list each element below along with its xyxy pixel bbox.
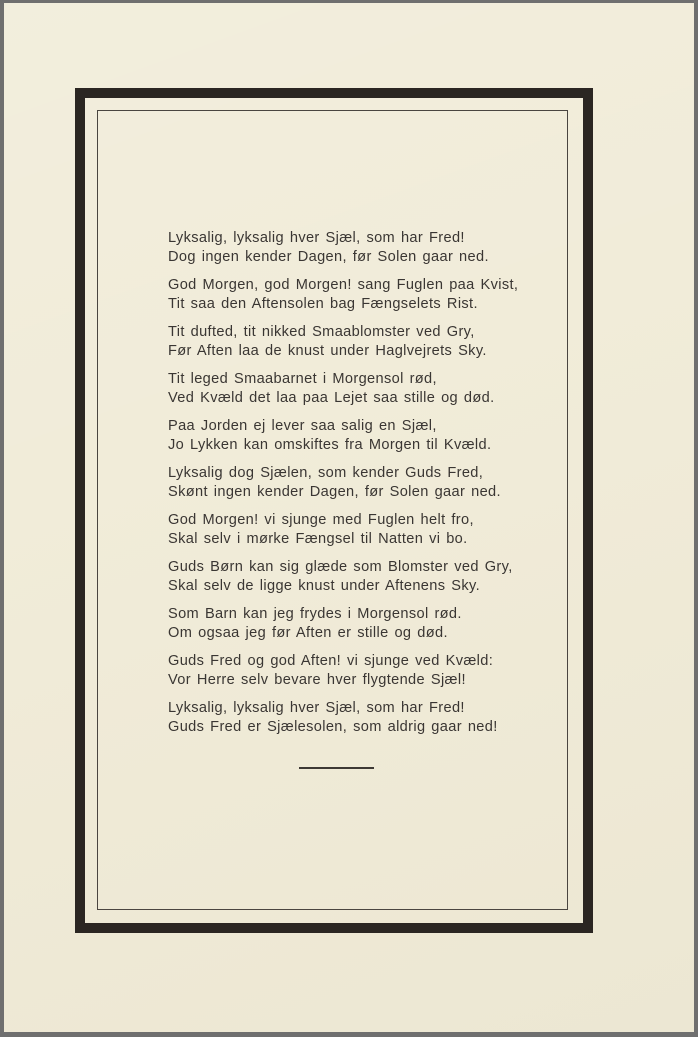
poem-line: Tit dufted, tit nikked Smaablomster ved … (168, 323, 528, 342)
poem-line: Skal selv de ligge knust under Aftenens … (168, 577, 528, 596)
stanza: God Morgen! vi sjunge med Fuglen helt fr… (168, 511, 528, 549)
poem-line: Vor Herre selv bevare hver flygtende Sjæ… (168, 671, 528, 690)
poem-line: Paa Jorden ej lever saa salig en Sjæl, (168, 417, 528, 436)
stanza: Tit leged Smaabarnet i Morgensol rød,Ved… (168, 370, 528, 408)
poem-line: Lyksalig dog Sjælen, som kender Guds Fre… (168, 464, 528, 483)
poem-line: Lyksalig, lyksalig hver Sjæl, som har Fr… (168, 229, 528, 248)
poem-line: Skønt ingen kender Dagen, før Solen gaar… (168, 483, 528, 502)
poem-line: Jo Lykken kan omskiftes fra Morgen til K… (168, 436, 528, 455)
closing-rule (299, 767, 374, 769)
stanza: Guds Børn kan sig glæde som Blomster ved… (168, 558, 528, 596)
stanza: Lyksalig, lyksalig hver Sjæl, som har Fr… (168, 699, 528, 737)
poem: Lyksalig, lyksalig hver Sjæl, som har Fr… (168, 229, 528, 746)
stanza: God Morgen, god Morgen! sang Fuglen paa … (168, 276, 528, 314)
stanza: Som Barn kan jeg frydes i Morgensol rød.… (168, 605, 528, 643)
stanza: Guds Fred og god Aften! vi sjunge ved Kv… (168, 652, 528, 690)
poem-line: Skal selv i mørke Fængsel til Natten vi … (168, 530, 528, 549)
stanza: Lyksalig, lyksalig hver Sjæl, som har Fr… (168, 229, 528, 267)
poem-line: God Morgen, god Morgen! sang Fuglen paa … (168, 276, 528, 295)
poem-line: Guds Fred og god Aften! vi sjunge ved Kv… (168, 652, 528, 671)
stanza: Tit dufted, tit nikked Smaablomster ved … (168, 323, 528, 361)
poem-line: Som Barn kan jeg frydes i Morgensol rød. (168, 605, 528, 624)
stanza: Paa Jorden ej lever saa salig en Sjæl,Jo… (168, 417, 528, 455)
poem-line: Guds Fred er Sjælesolen, som aldrig gaar… (168, 718, 528, 737)
poem-line: Ved Kvæld det laa paa Lejet saa stille o… (168, 389, 528, 408)
poem-line: Dog ingen kender Dagen, før Solen gaar n… (168, 248, 528, 267)
poem-line: Guds Børn kan sig glæde som Blomster ved… (168, 558, 528, 577)
poem-line: Lyksalig, lyksalig hver Sjæl, som har Fr… (168, 699, 528, 718)
poem-line: Tit saa den Aftensolen bag Fængselets Ri… (168, 295, 528, 314)
poem-line: God Morgen! vi sjunge med Fuglen helt fr… (168, 511, 528, 530)
stanza: Lyksalig dog Sjælen, som kender Guds Fre… (168, 464, 528, 502)
poem-line: Om ogsaa jeg før Aften er stille og død. (168, 624, 528, 643)
poem-line: Før Aften laa de knust under Haglvejrets… (168, 342, 528, 361)
poem-line: Tit leged Smaabarnet i Morgensol rød, (168, 370, 528, 389)
